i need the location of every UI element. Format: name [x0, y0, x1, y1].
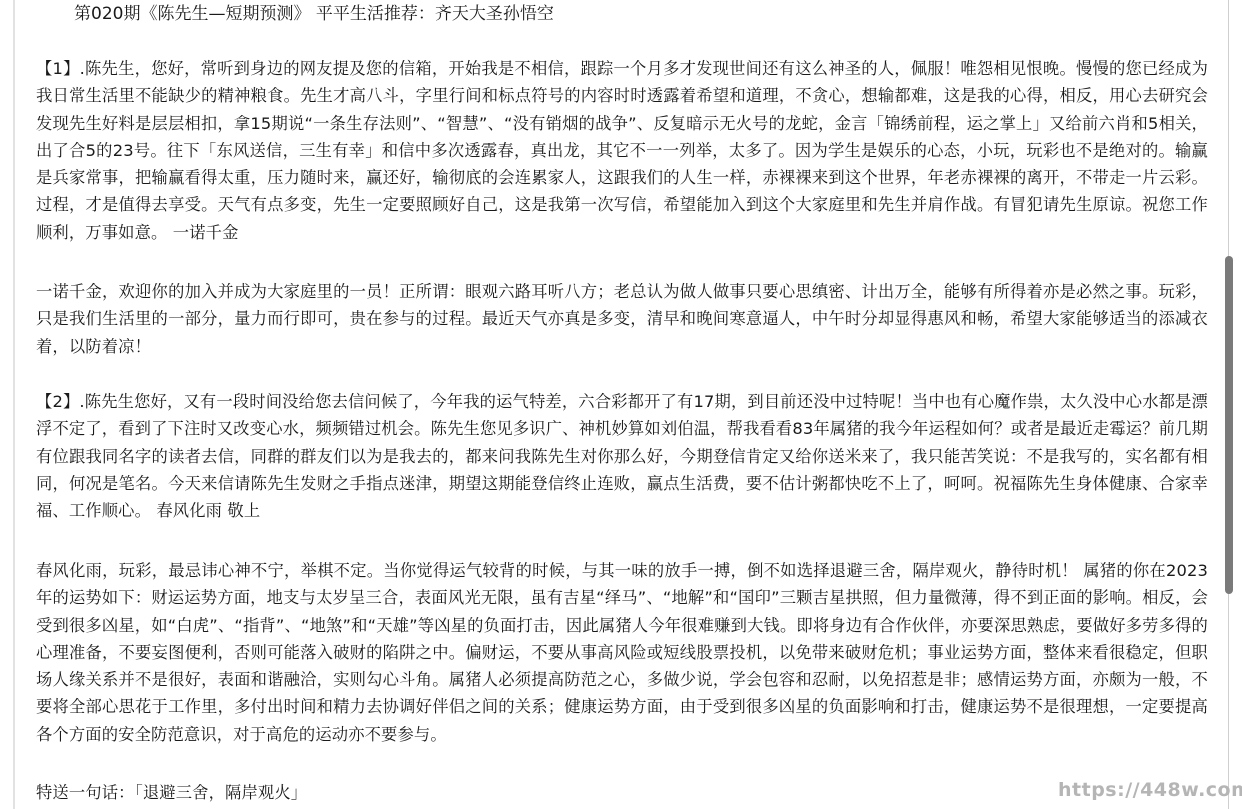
- vertical-scrollbar-thumb[interactable]: [1225, 256, 1233, 594]
- article-body: 第020期《陈先生—短期预测》 平平生活推荐：齐天大圣孙悟空 【1】.陈先生，您…: [36, 0, 1208, 26]
- reply-2: 春风化雨，玩彩，最忌讳心神不宁，举棋不定。当你觉得运气较背的时候，与其一味的放手…: [36, 557, 1208, 748]
- reader-letter-2: 【2】.陈先生您好，又有一段时间没给您去信问候了，今年我的运气特差，六合彩都开了…: [36, 388, 1208, 524]
- reader-letter-1: 【1】.陈先生，您好，常听到身边的网友提及您的信箱，开始我是不相信，跟踪一个月多…: [36, 55, 1208, 246]
- content-left-border: [13, 0, 15, 809]
- article-title: 第020期《陈先生—短期预测》 平平生活推荐：齐天大圣孙悟空: [74, 2, 1208, 26]
- site-watermark: https://448w.com: [1058, 779, 1242, 801]
- reply-1: 一诺千金，欢迎你的加入并成为大家庭里的一员！正所谓：眼观六路耳听八方；老总认为做…: [36, 278, 1208, 360]
- special-quote: 特送一句话：「退避三舍，隔岸观火」: [36, 779, 1208, 806]
